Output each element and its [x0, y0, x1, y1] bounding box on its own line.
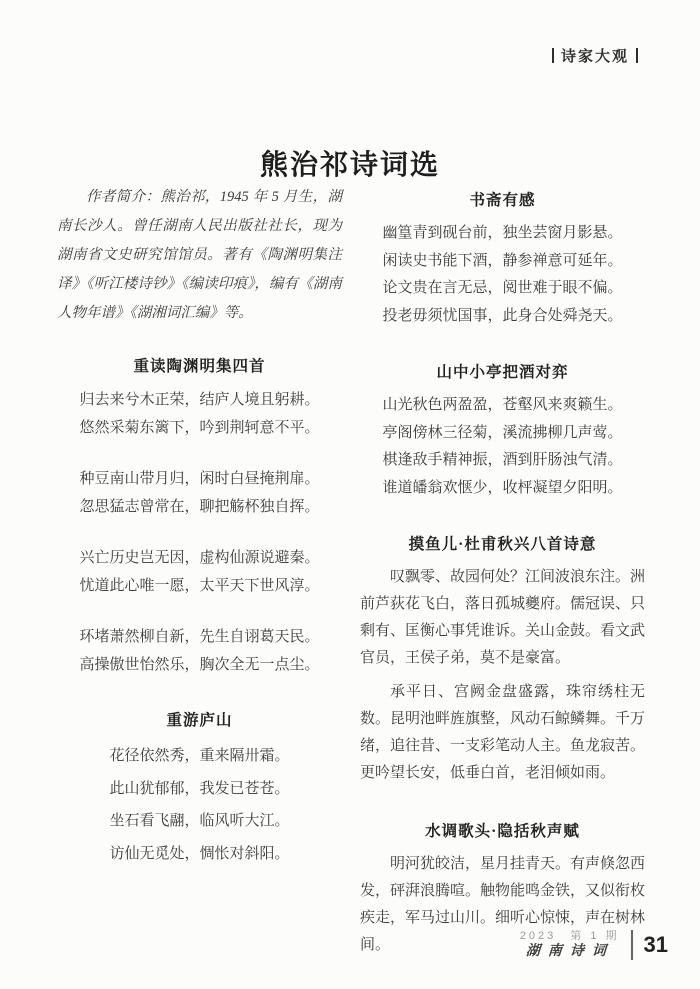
stanza: 种豆南山带月归，闲时白昼掩荆扉。 忽思猛志曾常在，聊把觞杯独自挥。	[57, 465, 342, 521]
stanza: 幽篁青到砚台前，独坐芸窗月影悬。 闲读史书能下酒，静参禅意可延年。 论文贵在言无…	[360, 220, 645, 330]
verse-line: 高操傲世怡然乐，胸次全无一点尘。	[57, 651, 342, 679]
verse-line: 幽篁青到砚台前，独坐芸窗月影悬。	[360, 220, 645, 248]
poem-title: 水调歌头·隐括秋声赋	[360, 819, 645, 841]
page-footer: 2023 第 1 期 湖南诗词 31	[520, 929, 668, 961]
stanza: 归去来兮木正荣，结庐人境且躬耕。 悠然采菊东篱下，吟到荆轲意不平。	[57, 386, 342, 442]
verse-line: 闲读史书能下酒，静参禅意可延年。	[360, 248, 645, 276]
issue-label: 2023 第 1 期	[520, 929, 620, 943]
verse-line: 种豆南山带月归，闲时白昼掩荆扉。	[57, 465, 342, 493]
poem-title: 重读陶渊明集四首	[57, 354, 342, 376]
header-right-bar-icon	[636, 48, 638, 63]
section-label: 诗家大观	[561, 45, 629, 66]
ci-paragraph: 叹飘零、故园何处？江间波浪东注。洲前芦荻花飞白，落日孤城夔府。儒冠误、只剩有、匡…	[360, 564, 645, 672]
poem-title: 摸鱼儿·杜甫秋兴八首诗意	[360, 532, 645, 554]
poem-mountain-pavilion: 山中小亭把酒对弈 山光秋色两盈盈，苍壑风来爽籁生。 亭阁傍林三径菊，溪流拂柳几声…	[360, 360, 645, 502]
verse-line: 棋逢敌手精神振，酒到肝肠浊气清。	[360, 447, 645, 475]
journal-logotype: 湖南诗词	[519, 943, 620, 961]
poem-title: 山中小亭把酒对弈	[360, 360, 645, 382]
section-header: 诗家大观	[552, 45, 638, 66]
verse-line: 投老毋须忧国事，此身合处舜尧天。	[360, 303, 645, 331]
poem-moyuer-dufu: 摸鱼儿·杜甫秋兴八首诗意 叹飘零、故园何处？江间波浪东注。洲前芦荻花飞白，落日孤…	[360, 532, 645, 787]
verse-line: 环堵萧然柳自新，先生自诩葛天民。	[57, 623, 342, 651]
verse-line: 忽思猛志曾常在，聊把觞杯独自挥。	[57, 493, 342, 521]
verse-line: 谁道皤翁欢惬少，收枰凝望夕阳明。	[360, 475, 645, 503]
page-title: 熊治祁诗词选	[0, 143, 700, 183]
magazine-page: 诗家大观 熊治祁诗词选 作者简介：熊治祁，1945 年 5 月生，湖南长沙人。曾…	[0, 0, 700, 989]
stanza: 花径依然秀，重来隔卅霜。 此山犹郁郁，我发已苍苍。 坐石看飞翮，临风听大江。 访…	[57, 740, 342, 870]
poem-reread-tao: 重读陶渊明集四首 归去来兮木正荣，结庐人境且躬耕。 悠然采菊东篱下，吟到荆轲意不…	[57, 354, 342, 679]
poem-title: 重游庐山	[57, 708, 342, 730]
verse-line: 山光秋色两盈盈，苍壑风来爽籁生。	[360, 392, 645, 420]
poem-revisit-lushan: 重游庐山 花径依然秀，重来隔卅霜。 此山犹郁郁，我发已苍苍。 坐石看飞翮，临风听…	[57, 708, 342, 870]
verse-line: 访仙无觅处，惆怅对斜阳。	[57, 838, 342, 871]
verse-line: 坐石看飞翮，临风听大江。	[57, 805, 342, 838]
right-column: 书斋有感 幽篁青到砚台前，独坐芸窗月影悬。 闲读史书能下酒，静参禅意可延年。 论…	[360, 183, 645, 959]
ci-paragraph: 承平日、宫阙金盘盛露，珠帘绣柱无数。昆明池畔旌旗整，风动石鲸鳞舞。千万绪，追往昔…	[360, 679, 645, 787]
left-column: 作者简介：熊治祁，1945 年 5 月生，湖南长沙人。曾任湖南人民出版社社长，现…	[57, 183, 342, 959]
stanza: 环堵萧然柳自新，先生自诩葛天民。 高操傲世怡然乐，胸次全无一点尘。	[57, 623, 342, 679]
stanza: 山光秋色两盈盈，苍壑风来爽籁生。 亭阁傍林三径菊，溪流拂柳几声莺。 棋逢敌手精神…	[360, 392, 645, 502]
verse-line: 忧道此心唯一愿，太平天下世风淳。	[57, 572, 342, 600]
page-number: 31	[644, 932, 668, 958]
footer-meta: 2023 第 1 期 湖南诗词	[520, 929, 620, 961]
author-intro: 作者简介：熊治祁，1945 年 5 月生，湖南长沙人。曾任湖南人民出版社社长，现…	[57, 183, 342, 328]
verse-line: 此山犹郁郁，我发已苍苍。	[57, 773, 342, 806]
verse-line: 论文贵在言无忌，阅世难于眼不偏。	[360, 275, 645, 303]
verse-line: 兴亡历史岂无因，虚构仙源说避秦。	[57, 544, 342, 572]
verse-line: 亭阁傍林三径菊，溪流拂柳几声莺。	[360, 420, 645, 448]
poem-study-room: 书斋有感 幽篁青到砚台前，独坐芸窗月影悬。 闲读史书能下酒，静参禅意可延年。 论…	[360, 188, 645, 330]
verse-line: 归去来兮木正荣，结庐人境且躬耕。	[57, 386, 342, 414]
verse-line: 花径依然秀，重来隔卅霜。	[57, 740, 342, 773]
two-column-layout: 作者简介：熊治祁，1945 年 5 月生，湖南长沙人。曾任湖南人民出版社社长，现…	[57, 183, 645, 959]
stanza: 兴亡历史岂无因，虚构仙源说避秦。 忧道此心唯一愿，太平天下世风淳。	[57, 544, 342, 600]
verse-line: 悠然采菊东篱下，吟到荆轲意不平。	[57, 414, 342, 442]
footer-divider	[631, 930, 633, 960]
poem-title: 书斋有感	[360, 188, 645, 210]
header-left-bar-icon	[552, 48, 554, 63]
